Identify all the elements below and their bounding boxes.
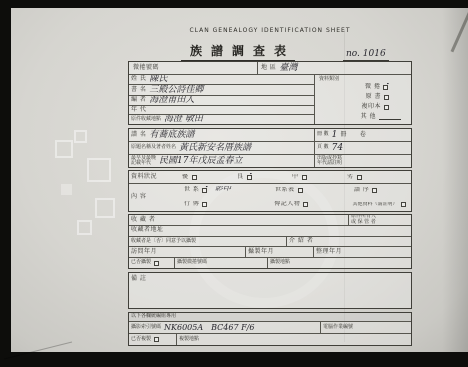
row-book-name: 書 名 三殿公詩佳卿 (129, 85, 314, 95)
consent-label: 收藏者是〔否〕同意予以攝製 (131, 239, 196, 245)
row-genealogy-title: 譜 名 有蕎底族譜 冊 數 1 冊 卷 (129, 129, 411, 142)
original-location-value: 海澄 敏田 (164, 115, 203, 124)
record-years-value: 民國17年戊辰孟春立 (159, 157, 242, 166)
row-film-number: 微捲號碼 地 區 臺灣 (129, 62, 411, 75)
admin-box: 以下各欄統編組專用 攝影索引號碼 NK6005A BC467 F/6 電腦作業編… (128, 312, 412, 346)
excellent-label: 優 (182, 174, 189, 181)
admin-header-row: 以下各欄統編組專用 (129, 313, 411, 322)
check-mark-icon: ✓ (385, 83, 393, 88)
condition-option-good: 良 ✓ (235, 173, 287, 182)
years-note: 出版或抄寫 年代請註明 (317, 156, 342, 167)
film-edge-shade (442, 8, 468, 352)
photocopy-checkbox-icon (384, 105, 389, 110)
film-number-label: 微捲號碼 (133, 65, 159, 72)
film-artifact (74, 130, 87, 143)
cell-page-count: 頁 數 74 (315, 142, 411, 154)
biographies-label: 行 傳 (184, 201, 199, 208)
fair-label: 中 (292, 174, 299, 181)
area-label: 地 區 (261, 65, 276, 72)
volume-unit-label: 冊 (340, 132, 347, 139)
film-artifact (61, 184, 72, 195)
fascicle-unit-label: 卷 (360, 132, 367, 139)
cell-filmed: 已否攝製 (129, 258, 175, 268)
book-name-label: 書 名 (131, 87, 146, 94)
cell-processing-date: 整理年月 (314, 247, 411, 257)
row-contents: 內 容 世 系 ✓ 影印 世系表 (129, 184, 411, 211)
original-location-label: 原件收藏地點 (131, 117, 161, 123)
genealogy-title-label: 譜 名 (131, 132, 146, 139)
row-original-title: 原題名稱及著者姓名 黃氏新安名厝族譜 頁 數 74 (129, 142, 411, 155)
sheet-number: no. 1016 (343, 49, 389, 61)
lineage-label: 世 系 (184, 187, 199, 194)
row-record-years: 最早及最晚 記載年代 民國17年戊辰孟春立 出版或抄寫 年代請註明 (129, 155, 411, 167)
cell-introducer: 介 紹 者 (287, 237, 411, 247)
condition-label: 資料狀況 (131, 174, 177, 181)
row-dates: 訪問年月 攝製年月 整理年月 (129, 247, 411, 258)
years-note-line2: 年代請註明 (317, 161, 342, 167)
row-era: 年 代 (129, 106, 314, 114)
poor-checkbox-icon (357, 175, 362, 180)
preface-label: 譜 序 (354, 187, 369, 194)
volume-count-value: 1 (332, 131, 338, 140)
option-microfilm: 微 捲 ✓ (319, 83, 407, 93)
cell-volume-count: 冊 數 1 冊 卷 (315, 129, 411, 141)
row-holder-address: 收藏者地址 (129, 226, 411, 237)
film-roll-number-label: 攝製微捲號碼 (177, 260, 207, 266)
lineage-chart-checkbox-icon (298, 188, 303, 193)
compiler-value: 海澄甫田人 (149, 96, 194, 105)
notes-row: 備 註 (129, 273, 411, 283)
excellent-checkbox-icon (192, 175, 197, 180)
option-photocopy-label: 複印本 (361, 104, 381, 111)
portraits-label: 傳記人物 (274, 201, 300, 208)
notes-label: 備 註 (131, 276, 146, 283)
material-type-box: 資料類別 微 捲 ✓ 原 書 複印本 其 他 (315, 75, 411, 124)
content-item-other: 其他資料（請註明） (351, 202, 408, 208)
other-fill-line (379, 114, 401, 120)
filming-date-label: 攝製年月 (248, 249, 274, 256)
row-compiler: 編 者 海澄甫田人 (129, 96, 314, 106)
other-content-checkbox-icon (401, 202, 406, 207)
content-item-lineage: 世 系 ✓ 影印 (182, 186, 270, 195)
computer-number-label: 電腦作業編號 (323, 325, 353, 331)
content-item-portraits: 傳記人物 (272, 201, 347, 208)
option-microfilm-label: 微 捲 (365, 84, 380, 91)
condition-option-fair: 中 (290, 174, 342, 181)
check-mark-icon: ✓ (204, 186, 212, 191)
original-title-value: 黃氏新安名厝族譜 (179, 144, 251, 153)
holder-label: 收 藏 者 (131, 217, 155, 224)
film-place-label: 攝製地點 (270, 260, 290, 266)
contents-grid-row2: 行 傳 傳記人物 其他資料（請註明） (180, 198, 409, 212)
cell-copy-place: 複製地點 (177, 334, 411, 345)
row-surname: 姓 氏 陳氏 (129, 75, 314, 85)
processing-date-label: 整理年月 (316, 249, 342, 256)
content-item-biographies: 行 傳 (182, 201, 269, 208)
original-title-label: 原題名稱及著者姓名 (131, 145, 176, 151)
copied-checkbox-icon (154, 337, 159, 342)
contents-grid-row1: 世 系 ✓ 影印 世系表 譜 序 (180, 184, 409, 198)
option-original-book-label: 原 書 (366, 94, 381, 101)
cell-filming-date: 攝製年月 (246, 247, 314, 257)
film-artifact (55, 140, 73, 158)
microfilm-frame: CLAN GENEALOGY IDENTIFICATION SHEET 族譜調查… (0, 0, 468, 367)
filmed-checkbox-icon (154, 261, 159, 266)
surname-label: 姓 氏 (131, 76, 146, 83)
filmed-label: 已否攝製 (131, 260, 151, 266)
record-years-label-line2: 記載年代 (131, 161, 156, 167)
english-title: CLAN GENEALOGY IDENTIFICATION SHEET (128, 27, 412, 34)
index-number-value: NK6005A BC467 F/6 (164, 324, 254, 332)
contents-label: 內 容 (131, 194, 177, 201)
cell-visit-date: 訪問年月 (129, 247, 246, 257)
holder-note-line2: 或 保 管 者 (351, 220, 376, 225)
poor-label: 劣 (347, 174, 354, 181)
notes-box: 備 註 (128, 272, 412, 309)
film-artifact (95, 198, 115, 218)
lineage-annotation: 影印 (215, 186, 231, 192)
table-title-volumes: 譜 名 有蕎底族譜 冊 數 1 冊 卷 原題名稱及著者姓名 黃氏新安名厝族譜 頁… (128, 128, 412, 168)
introducer-label: 介 紹 者 (289, 238, 313, 245)
row-index-number: 攝影索引號碼 NK6005A BC467 F/6 電腦作業編號 (129, 322, 411, 334)
index-number-label: 攝影索引號碼 (131, 325, 161, 331)
table-condition-contents: 資料狀況 優 良 ✓ 中 劣 (128, 170, 412, 212)
cell-index-number: 攝影索引號碼 NK6005A BC467 F/6 (129, 322, 320, 333)
cell-film-roll-number: 攝製微捲號碼 (175, 258, 268, 268)
cell-years-note: 出版或抄寫 年代請註明 (315, 155, 411, 167)
cell-copied: 已否複製 (129, 334, 177, 345)
preface-checkbox-icon (372, 188, 377, 193)
cell-record-years: 最早及最晚 記載年代 民國17年戊辰孟春立 (129, 155, 315, 167)
copied-label: 已否複製 (131, 337, 151, 343)
cell-holder: 收 藏 者 (129, 215, 349, 225)
visit-date-label: 訪問年月 (131, 249, 157, 256)
film-artifact (87, 158, 111, 182)
volume-count-label: 冊 數 (317, 132, 329, 138)
page-count-value: 74 (332, 144, 343, 153)
fair-checkbox-icon (302, 175, 307, 180)
lineage-chart-label: 世系表 (275, 187, 295, 194)
option-other: 其 他 (319, 112, 407, 122)
row-consent: 收藏者是〔否〕同意予以攝製 介 紹 者 (129, 237, 411, 248)
original-book-checkbox-icon (384, 95, 389, 100)
film-scratch (4, 342, 72, 360)
good-label: 良 (237, 174, 244, 181)
cell-holder-note: 原件所有人 或 保 管 者 (349, 215, 411, 225)
film-artifact (77, 220, 92, 235)
table-identification: 微捲號碼 地 區 臺灣 姓 氏 陳氏 書 名 三殿公詩佳卿 編 者 (128, 61, 412, 125)
option-photocopy: 複印本 (319, 102, 407, 112)
table-holder-filming: 收 藏 者 原件所有人 或 保 管 者 收藏者地址 收藏者是〔否〕同意予以攝製 … (128, 214, 412, 269)
table1-left-column: 姓 氏 陳氏 書 名 三殿公詩佳卿 編 者 海澄甫田人 年 代 (129, 75, 315, 124)
portraits-checkbox-icon (303, 202, 308, 207)
cell-film-place: 攝製地點 (268, 258, 411, 268)
cell-original-title: 原題名稱及著者姓名 黃氏新安名厝族譜 (129, 142, 315, 154)
area-value: 臺灣 (279, 64, 297, 73)
row-copied: 已否複製 複製地點 (129, 334, 411, 345)
row-holder: 收 藏 者 原件所有人 或 保 管 者 (129, 215, 411, 226)
document-sheet: CLAN GENEALOGY IDENTIFICATION SHEET 族譜調查… (11, 8, 468, 352)
cell-film-number: 微捲號碼 (131, 62, 258, 74)
cell-genealogy-title: 譜 名 有蕎底族譜 (129, 129, 315, 141)
check-mark-icon: ✓ (249, 173, 257, 178)
other-content-label: 其他資料（請註明） (353, 202, 398, 208)
surname-value: 陳氏 (149, 75, 167, 84)
holder-address-label: 收藏者地址 (131, 227, 164, 234)
contents-grid: 世 系 ✓ 影印 世系表 譜 序 (180, 184, 409, 211)
condition-option-excellent: 優 (180, 174, 232, 181)
row-condition: 資料狀況 優 良 ✓ 中 劣 (129, 171, 411, 184)
row-filmed: 已否攝製 攝製微捲號碼 攝製地點 (129, 258, 411, 268)
book-name-value: 三殿公詩佳卿 (149, 86, 203, 95)
record-years-label: 最早及最晚 記載年代 (131, 156, 156, 167)
era-label: 年 代 (131, 107, 146, 114)
content-item-lineage-chart: 世系表 (273, 187, 349, 194)
genealogy-title-value: 有蕎底族譜 (149, 131, 194, 140)
chinese-title-text: 族譜調查表 (181, 44, 295, 61)
admin-header-label: 以下各欄統編組專用 (131, 314, 176, 320)
compiler-label: 編 者 (131, 97, 146, 104)
chinese-title: 族譜調查表 (128, 40, 348, 59)
page-count-label: 頁 數 (317, 145, 329, 151)
content-item-preface: 譜 序 (352, 187, 379, 194)
copy-place-label: 複製地點 (179, 337, 199, 343)
holder-note: 原件所有人 或 保 管 者 (351, 215, 376, 225)
row-original-location: 原件收藏地點 海澄 敏田 (129, 115, 314, 124)
option-original-book: 原 書 (319, 92, 407, 102)
table1-body: 姓 氏 陳氏 書 名 三殿公詩佳卿 編 者 海澄甫田人 年 代 (129, 75, 411, 124)
option-other-label: 其 他 (361, 114, 376, 121)
cell-computer-number: 電腦作業編號 (320, 322, 411, 333)
cell-consent: 收藏者是〔否〕同意予以攝製 (129, 237, 287, 247)
biographies-checkbox-icon (202, 202, 207, 207)
condition-option-poor: 劣 (345, 174, 364, 181)
